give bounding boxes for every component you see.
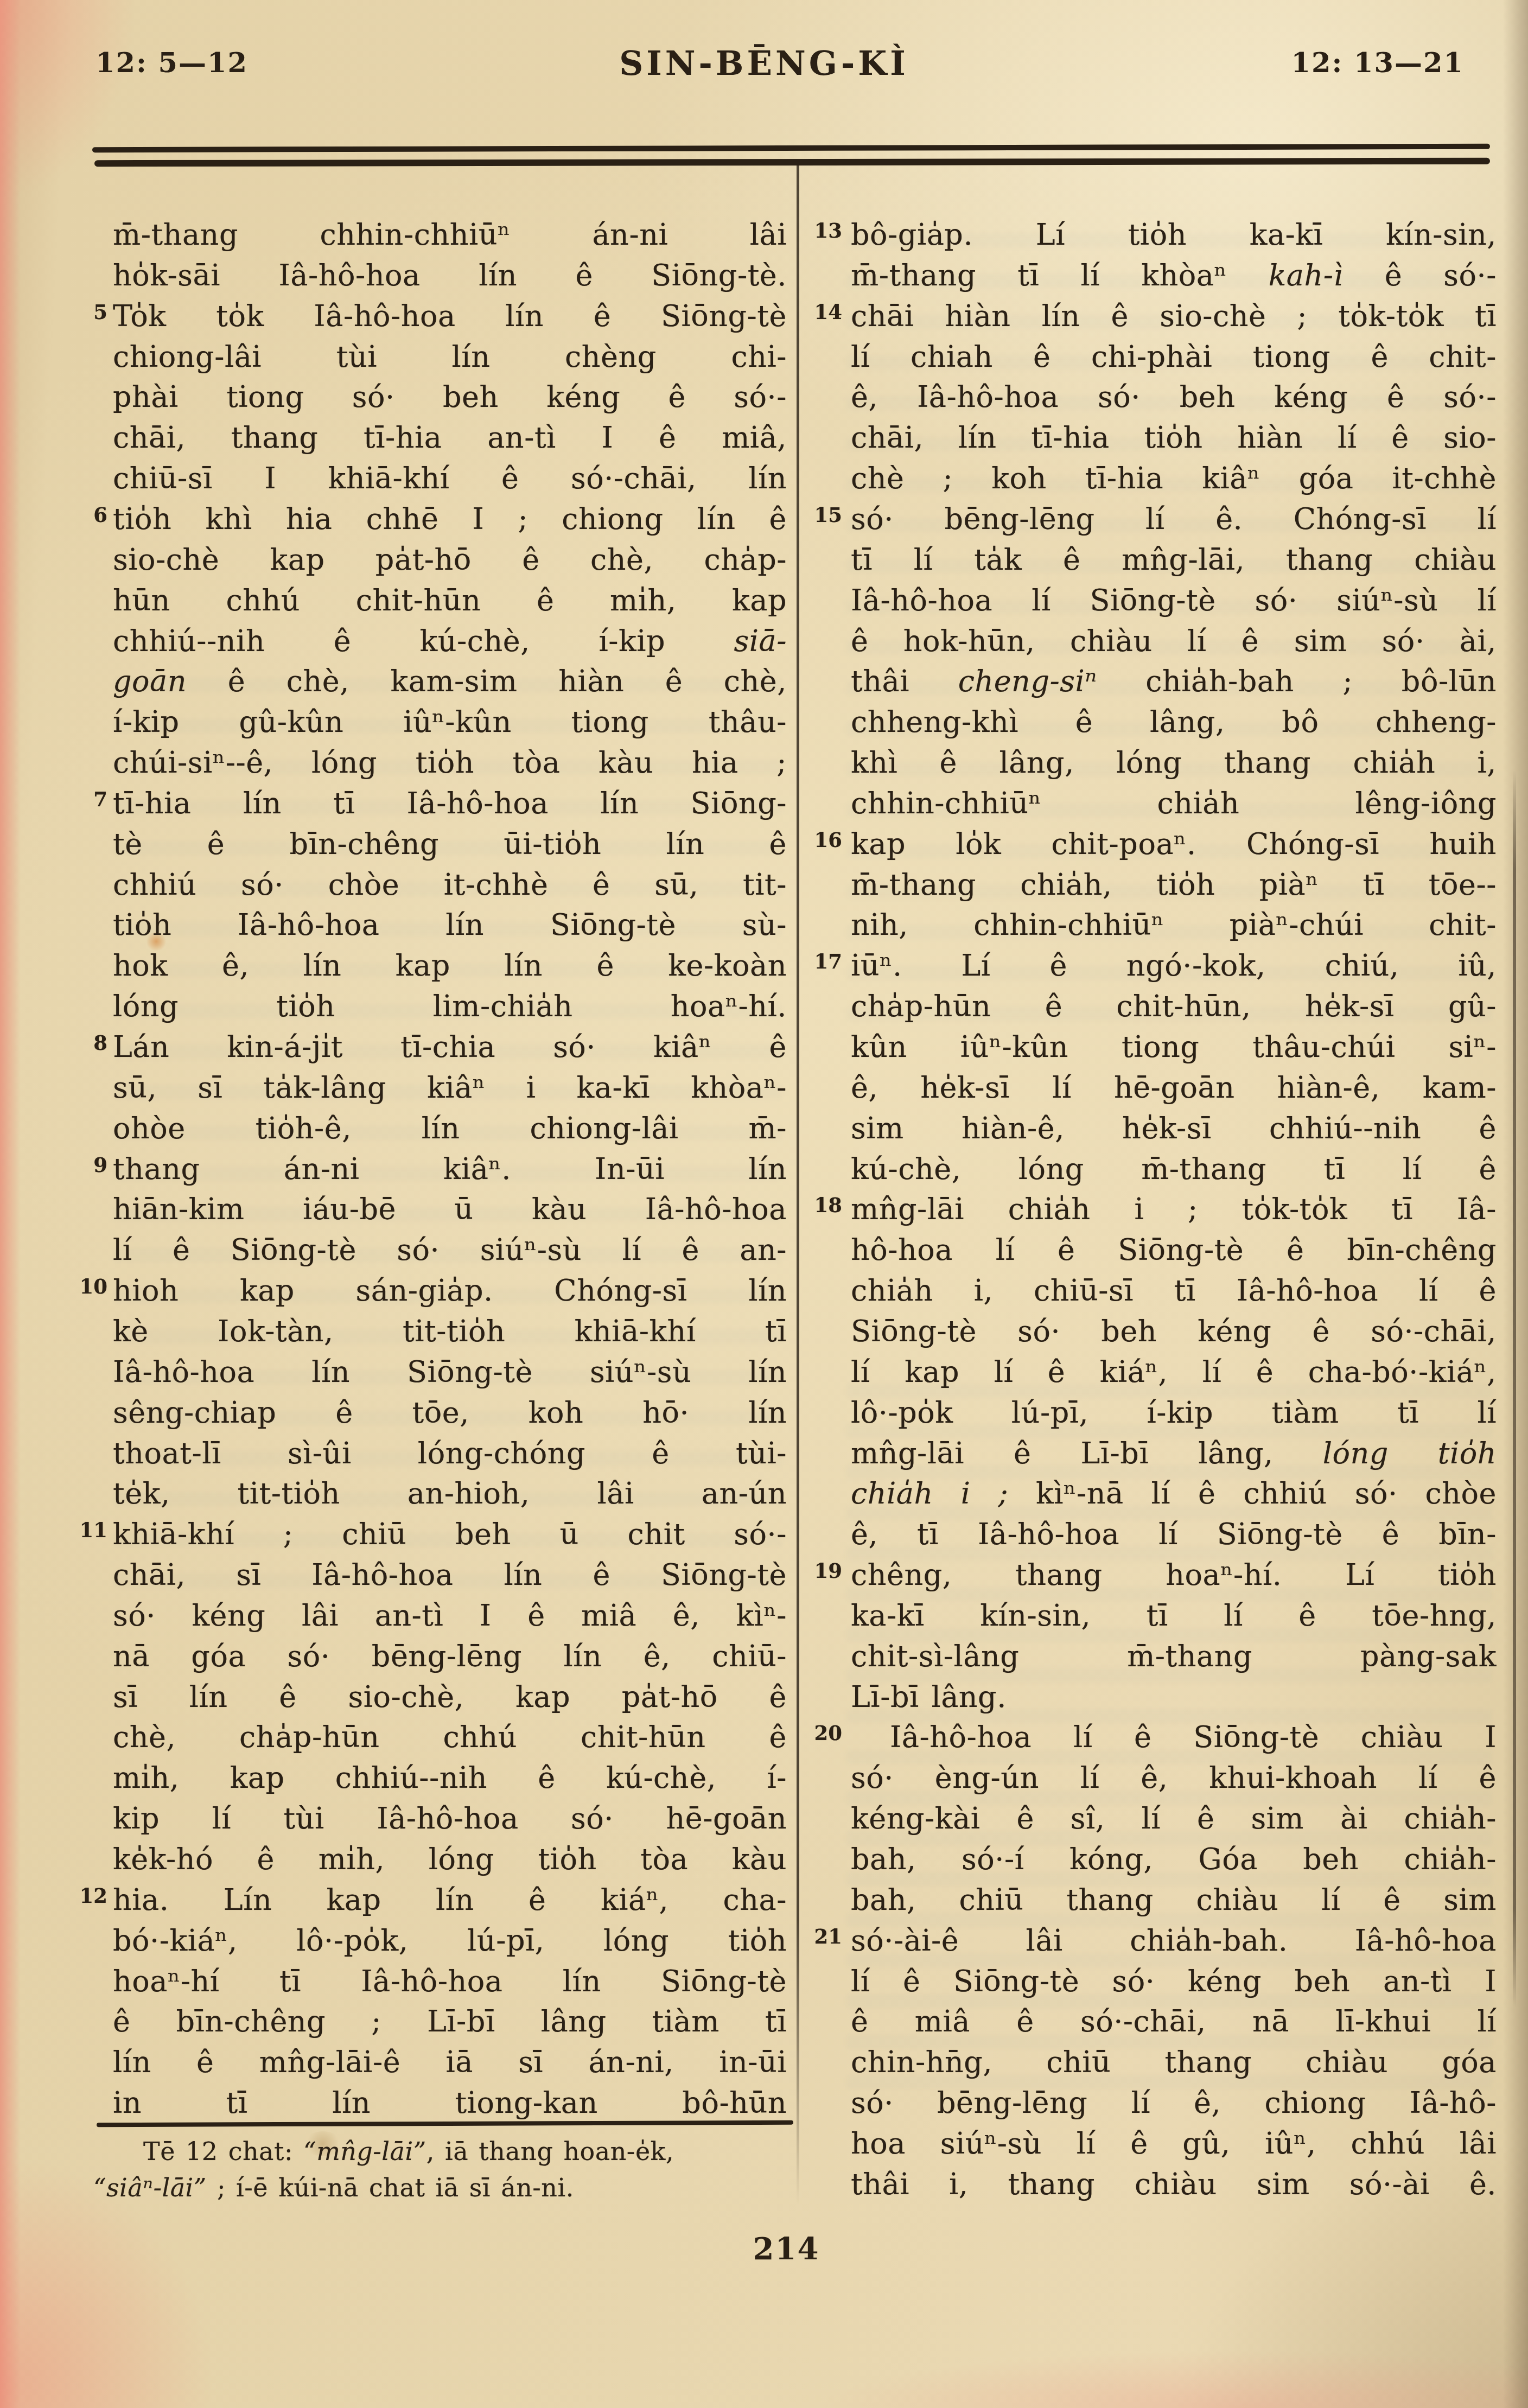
text-segment: chúi-siⁿ--ê, lóng tio̍h tòa kàu hia ; xyxy=(113,746,787,780)
verse-line-text: chè, cha̍p-hūn chhú chit-hūn ê xyxy=(113,1717,787,1757)
text-segment: chêng, thang hoaⁿ-hí. Lí tio̍h xyxy=(851,1558,1497,1592)
verse-line-text: lô·-po̍k lú-pī, í-kip tiàm tī lí xyxy=(851,1392,1497,1433)
verse-line: só· kéng lâi an-tì I ê miâ ê, kìⁿ- xyxy=(113,1595,787,1636)
verse-line-text: chè ; koh tī-hia kiâⁿ góa it-chhè xyxy=(851,458,1497,499)
verse-line-text: bô-gia̍p. Lí tio̍h ka-kī kín-sin, xyxy=(851,214,1497,255)
verse-line-text: í-kip gû-kûn iûⁿ-kûn tiong thâu- xyxy=(113,702,787,742)
text-segment: tio̍h Iâ-hô-hoa lín Siōng-tè sù- xyxy=(113,908,787,942)
verse-line: sū, sī ta̍k-lâng kiâⁿ i ka-kī khòaⁿ- xyxy=(113,1067,787,1108)
verse-number: 17 xyxy=(801,945,842,978)
text-segment: khì ê lâng, lóng thang chia̍h i, xyxy=(851,746,1497,780)
verse-line: 15só· bēng-lēng lí ê. Chóng-sī lí xyxy=(851,499,1497,539)
italic-text-segment: lóng tio̍h xyxy=(1323,1436,1497,1470)
text-segment: Siōng-tè só· beh kéng ê só·-chāi, xyxy=(851,1314,1497,1348)
verse-line: sī lín ê sio-chè, kap pa̍t-hō ê xyxy=(113,1677,787,1717)
verse-line-text: chhin-chhiūⁿ chia̍h lêng-iông xyxy=(851,783,1497,824)
verse-line: bó·-kiáⁿ, lô·-po̍k, lú-pī, lóng tio̍h xyxy=(113,1920,787,1961)
verse-line: chiong-lâi tùi lín chèng chi- xyxy=(113,336,787,377)
text-segment: m̄-thang chia̍h, tio̍h piàⁿ tī tōe-- xyxy=(851,868,1497,902)
verse-line: sio-chè kap pa̍t-hō ê chè, cha̍p- xyxy=(113,539,787,580)
verse-line-text: lí ê Siōng-tè só· kéng beh an-tì I xyxy=(851,1961,1497,2002)
text-segment: bó·-kiáⁿ, lô·-po̍k, lú-pī, lóng tio̍h xyxy=(113,1923,787,1958)
verse-line-text: iūⁿ. Lí ê ngó·-kok, chiú, iû, xyxy=(851,945,1497,986)
text-segment: mn̂g-lāi ê Lī-bī lâng, xyxy=(851,1436,1323,1470)
verse-line: bah, chiū thang chiàu lí ê sim xyxy=(851,1880,1497,1920)
italic-text-segment: chia̍h i ; xyxy=(851,1476,1008,1511)
text-segment: kip lí tùi Iâ-hô-hoa só· hē-goān xyxy=(113,1801,787,1836)
verse-line: 18mn̂g-lāi chia̍h i ; to̍k-to̍k tī Iâ- xyxy=(851,1189,1497,1230)
verse-line-text: chit-sì-lâng m̄-thang pàng-sak xyxy=(851,1636,1497,1677)
verse-line: tè ê bīn-chêng ūi-tio̍h lín ê xyxy=(113,824,787,864)
verse-line-text: só·-ài-ê lâi chia̍h-bah. Iâ-hô-hoa xyxy=(851,1920,1497,1961)
verse-line: 17iūⁿ. Lí ê ngó·-kok, chiú, iû, xyxy=(851,945,1497,986)
verse-line-text: thoat-lī sì-ûi lóng-chóng ê tùi- xyxy=(113,1433,787,1474)
page-corner-tint-top xyxy=(0,0,141,206)
text-segment: chhiú--nih ê kú-chè, í-kip xyxy=(113,624,734,658)
text-segment: chāi, sī Iâ-hô-hoa lín ê Siōng-tè xyxy=(113,1558,787,1592)
verse-line: sim hiàn-ê, he̍k-sī chhiú--nih ê xyxy=(851,1108,1497,1149)
verse-line: tio̍h Iâ-hô-hoa lín Siōng-tè sù- xyxy=(113,904,787,945)
verse-line-text: hia. Lín kap lín ê kiáⁿ, cha- xyxy=(113,1880,787,1920)
text-segment: lí chiah ê chi-phài tiong ê chit- xyxy=(851,340,1497,374)
verse-line-text: sio-chè kap pa̍t-hō ê chè, cha̍p- xyxy=(113,539,787,580)
verse-line: ê bīn-chêng ; Lī-bī lâng tiàm tī xyxy=(113,2001,787,2042)
verse-line-text: ê, tī Iâ-hô-hoa lí Siōng-tè ê bīn- xyxy=(851,1514,1497,1555)
header-rule-top xyxy=(92,144,1490,152)
verse-line: chāi, sī Iâ-hô-hoa lín ê Siōng-tè xyxy=(113,1555,787,1595)
verse-line-text: thang án-ni kiâⁿ. In-ūi lín xyxy=(113,1149,787,1189)
footnote-line: Tē 12 chat: “mn̂g-lāi”, iā thang hoan-e̍… xyxy=(93,2133,795,2170)
verse-line-text: bah, só·-í kóng, Góa beh chia̍h- xyxy=(851,1839,1497,1880)
verse-line: 12hia. Lín kap lín ê kiáⁿ, cha- xyxy=(113,1880,787,1920)
verse-line-text: só· bēng-lēng lí ê, chiong Iâ-hô- xyxy=(851,2082,1497,2123)
verse-line-text: bah, chiū thang chiàu lí ê sim xyxy=(851,1880,1497,1920)
verse-line-text: chheng-khì ê lâng, bô chheng- xyxy=(851,702,1497,742)
text-segment: ; í-ē kúi-nā chat iā sī án-ni. xyxy=(207,2173,574,2202)
verse-line-text: ke̍k-hó ê mi̍h, lóng tio̍h tòa kàu xyxy=(113,1839,787,1880)
text-segment: sū, sī ta̍k-lâng kiâⁿ i ka-kī khòaⁿ- xyxy=(113,1071,787,1105)
verse-line: thoat-lī sì-ûi lóng-chóng ê tùi- xyxy=(113,1433,787,1474)
italic-text-segment: kah-ì xyxy=(1269,258,1344,292)
verse-line-text: kûn iûⁿ-kûn tiong thâu-chúi siⁿ- xyxy=(851,1027,1497,1067)
text-segment: mi̍h, kap chhiú--nih ê kú-chè, í- xyxy=(113,1761,787,1795)
verse-line-text: ê miâ ê só·-chāi, nā lī-khui lí xyxy=(851,2001,1497,2042)
text-segment: hoaⁿ-hí tī Iâ-hô-hoa lín Siōng-tè xyxy=(113,1964,787,1998)
text-segment: tī lí ta̍k ê mn̂g-lāi, thang chiàu xyxy=(851,543,1497,577)
verse-line-text: m̄-thang chia̍h, tio̍h piàⁿ tī tōe-- xyxy=(851,864,1497,905)
verse-number: 15 xyxy=(801,499,842,531)
text-segment: tè ê bīn-chêng ūi-tio̍h lín ê xyxy=(113,827,787,861)
verse-line: só· bēng-lēng lí ê, chiong Iâ-hô- xyxy=(851,2082,1497,2123)
verse-line: hūn chhú chit-hūn ê mi̍h, kap xyxy=(113,580,787,621)
verse-line-text: hoaⁿ-hí tī Iâ-hô-hoa lín Siōng-tè xyxy=(113,1961,787,2002)
text-segment: chhin-chhiūⁿ chia̍h lêng-iông xyxy=(851,786,1497,820)
verse-line-text: chia̍h i ; kìⁿ-nā lí ê chhiú só· chòe xyxy=(851,1473,1497,1514)
verse-line: hô-hoa lí ê Siōng-tè ê bīn-chêng xyxy=(851,1230,1497,1270)
text-segment: chheng-khì ê lâng, bô chheng- xyxy=(851,705,1497,739)
text-segment: sio-chè kap pa̍t-hō ê chè, cha̍p- xyxy=(113,543,787,577)
verse-line-text: sêng-chiap ê tōe, koh hō· lín xyxy=(113,1392,787,1433)
scanned-book-page: 12: 5—12 SIN-BĒNG-KÌ 12: 13—21 m̄-thang … xyxy=(0,0,1528,2408)
text-segment: lóng tio̍h lim-chia̍h hoaⁿ-hí. xyxy=(113,989,787,1023)
verse-line-text: tī lí ta̍k ê mn̂g-lāi, thang chiàu xyxy=(851,539,1497,580)
verse-line-text: hioh kap sán-gia̍p. Chóng-sī lín xyxy=(113,1270,787,1311)
italic-text-segment: “mn̂g-lāi” xyxy=(303,2137,426,2166)
text-segment: ke̍k-hó ê mi̍h, lóng tio̍h tòa kàu xyxy=(113,1842,787,1876)
text-segment: ê, Iâ-hô-hoa só· beh kéng ê só·- xyxy=(851,380,1497,414)
verse-line-text: tè ê bīn-chêng ūi-tio̍h lín ê xyxy=(113,824,787,864)
verse-number: 8 xyxy=(78,1027,107,1059)
verse-line: Lī-bī lâng. xyxy=(851,1677,1497,1717)
verse-line: ka-kī kín-sin, tī lí ê tōe-hng, xyxy=(851,1595,1497,1636)
verse-line-text: chāi, sī Iâ-hô-hoa lín ê Siōng-tè xyxy=(113,1555,787,1595)
text-segment: bah, chiū thang chiàu lí ê sim xyxy=(851,1883,1497,1917)
text-segment: ê hok-hūn, chiàu lí ê sim só· ài, xyxy=(851,624,1497,658)
text-segment: chia̍h-bah ; bô-lūn xyxy=(1097,664,1497,698)
verse-line: lí ê Siōng-tè só· siúⁿ-sù lí ê an- xyxy=(113,1230,787,1270)
verse-number: 21 xyxy=(801,1920,842,1953)
text-segment: chhiú só· chòe it-chhè ê sū, tit- xyxy=(113,868,787,902)
verse-number: 16 xyxy=(801,824,842,856)
text-segment: ê, tī Iâ-hô-hoa lí Siōng-tè ê bīn- xyxy=(851,1517,1497,1551)
italic-text-segment: cheng-siⁿ xyxy=(958,664,1097,698)
footnote-line-text: Tē 12 chat: “mn̂g-lāi”, iā thang hoan-e̍… xyxy=(93,2133,795,2170)
verse-line-text: ê bīn-chêng ; Lī-bī lâng tiàm tī xyxy=(113,2001,787,2042)
verse-line: 6tio̍h khì hia chhē I ; chiong lín ê xyxy=(113,499,787,539)
text-segment: nā góa só· bēng-lēng lín ê, chiū- xyxy=(113,1639,787,1673)
page-number: 214 xyxy=(718,2231,854,2267)
text-segment: ê bīn-chêng ; Lī-bī lâng tiàm tī xyxy=(113,2004,787,2038)
verse-line: ê, tī Iâ-hô-hoa lí Siōng-tè ê bīn- xyxy=(851,1514,1497,1555)
verse-line: 20Iâ-hô-hoa lí ê Siōng-tè chiàu I xyxy=(851,1717,1497,1757)
verse-line-text: só· bēng-lēng lí ê. Chóng-sī lí xyxy=(851,499,1497,539)
verse-line: hoa siúⁿ-sù lí ê gû, iûⁿ, chhú lâi xyxy=(851,2123,1497,2164)
verse-line-text: hok ê, lín kap lín ê ke-koàn xyxy=(113,945,787,986)
verse-line-text: chêng, thang hoaⁿ-hí. Lí tio̍h xyxy=(851,1555,1497,1595)
verse-line: kú-chè, lóng m̄-thang tī lí ê xyxy=(851,1149,1497,1189)
text-segment: Iâ-hô-hoa lín Siōng-tè siúⁿ-sù lín xyxy=(113,1355,787,1389)
verse-number: 12 xyxy=(78,1880,107,1912)
verse-line-text: lí kap lí ê kiáⁿ, lí ê cha-bó·-kiáⁿ, xyxy=(851,1352,1497,1392)
verse-line: kûn iûⁿ-kûn tiong thâu-chúi siⁿ- xyxy=(851,1027,1497,1067)
verse-line: chè ; koh tī-hia kiâⁿ góa it-chhè xyxy=(851,458,1497,499)
verse-line-text: kap lo̍k chit-poaⁿ. Chóng-sī huih xyxy=(851,824,1497,864)
verse-line: m̄-thang tī lí khòaⁿ kah-ì ê só·- xyxy=(851,255,1497,296)
verse-line-text: te̍k, tit-tio̍h an-hioh, lâi an-ún xyxy=(113,1473,787,1514)
verse-line-text: chhiú só· chòe it-chhè ê sū, tit- xyxy=(113,864,787,905)
verse-line: 7tī-hia lín tī Iâ-hô-hoa lín Siōng- xyxy=(113,783,787,824)
text-segment: ê, he̍k-sī lí hē-goān hiàn-ê, kam- xyxy=(851,1071,1497,1105)
verse-line: lí kap lí ê kiáⁿ, lí ê cha-bó·-kiáⁿ, xyxy=(851,1352,1497,1392)
verse-line-text: khiā-khí ; chiū beh ū chit só·- xyxy=(113,1514,787,1555)
text-segment: Iâ-hô-hoa lí Siōng-tè só· siúⁿ-sù lí xyxy=(851,583,1497,617)
text-segment: bô-gia̍p. Lí tio̍h ka-kī kín-sin, xyxy=(851,218,1497,252)
text-segment: lí ê Siōng-tè só· kéng beh an-tì I xyxy=(851,1964,1497,1998)
verse-line-text: sū, sī ta̍k-lâng kiâⁿ i ka-kī khòaⁿ- xyxy=(113,1067,787,1108)
text-segment: khiā-khí ; chiū beh ū chit só·- xyxy=(113,1517,787,1551)
text-segment: sim hiàn-ê, he̍k-sī chhiú--nih ê xyxy=(851,1111,1497,1145)
text-segment: in tī lín tiong-kan bô-hūn xyxy=(113,2086,787,2120)
verse-line: lóng tio̍h lim-chia̍h hoaⁿ-hí. xyxy=(113,986,787,1027)
verse-line-text: Lán kin-á-ji̍t tī-chia só· kiâⁿ ê xyxy=(113,1027,787,1067)
verse-line: chia̍h i ; kìⁿ-nā lí ê chhiú só· chòe xyxy=(851,1473,1497,1514)
verse-line: sêng-chiap ê tōe, koh hō· lín xyxy=(113,1392,787,1433)
verse-line-text: chiong-lâi tùi lín chèng chi- xyxy=(113,336,787,377)
text-segment: thâi xyxy=(851,664,958,698)
verse-line: lô·-po̍k lú-pī, í-kip tiàm tī lí xyxy=(851,1392,1497,1433)
verse-line: te̍k, tit-tio̍h an-hioh, lâi an-ún xyxy=(113,1473,787,1514)
verse-line: 11khiā-khí ; chiū beh ū chit só·- xyxy=(113,1514,787,1555)
verse-line-text: Iâ-hô-hoa lí ê Siōng-tè chiàu I xyxy=(851,1717,1497,1757)
verse-line-text: thâi cheng-siⁿ chia̍h-bah ; bô-lūn xyxy=(851,661,1497,702)
verse-line: chè, cha̍p-hūn chhú chit-hūn ê xyxy=(113,1717,787,1757)
verse-number: 11 xyxy=(78,1514,107,1546)
verse-line: kéng-kài ê sî, lí ê sim ài chia̍h- xyxy=(851,1798,1497,1839)
text-segment: só· bēng-lēng lí ê, chiong Iâ-hô- xyxy=(851,2086,1497,2120)
verse-line-text: hūn chhú chit-hūn ê mi̍h, kap xyxy=(113,580,787,621)
text-segment: kìⁿ-nā lí ê chhiú só· chòe xyxy=(1008,1476,1497,1511)
verse-line-text: Siōng-tè só· beh kéng ê só·-chāi, xyxy=(851,1311,1497,1352)
text-segment: chāi hiàn lín ê sio-chè ; to̍k-to̍k tī xyxy=(851,299,1497,333)
verse-line: Iâ-hô-hoa lí Siōng-tè só· siúⁿ-sù lí xyxy=(851,580,1497,621)
verse-line-text: thâi i, thang chiàu sim só·-ài ê. xyxy=(851,2164,1497,2205)
verse-number: 19 xyxy=(801,1555,842,1587)
text-segment: lô·-po̍k lú-pī, í-kip tiàm tī lí xyxy=(851,1396,1497,1430)
text-segment: iūⁿ. Lí ê ngó·-kok, chiú, iû, xyxy=(851,948,1497,983)
italic-text-segment: goān xyxy=(113,664,187,698)
verse-line-text: lí chiah ê chi-phài tiong ê chit- xyxy=(851,336,1497,377)
text-segment: lí ê Siōng-tè só· siúⁿ-sù lí ê an- xyxy=(113,1233,787,1267)
text-segment: Lán kin-á-ji̍t tī-chia só· kiâⁿ ê xyxy=(113,1030,787,1064)
verse-line: ê, Iâ-hô-hoa só· beh kéng ê só·- xyxy=(851,377,1497,417)
verse-line-text: mn̂g-lāi ê Lī-bī lâng, lóng tio̍h xyxy=(851,1433,1497,1474)
verse-line-text: Iâ-hô-hoa lí Siōng-tè só· siúⁿ-sù lí xyxy=(851,580,1497,621)
verse-line: ê hok-hūn, chiàu lí ê sim só· ài, xyxy=(851,621,1497,661)
verse-line: ke̍k-hó ê mi̍h, lóng tio̍h tòa kàu xyxy=(113,1839,787,1880)
text-segment: To̍k to̍k Iâ-hô-hoa lín ê Siōng-tè xyxy=(113,299,787,333)
verse-line-text: chhiú--nih ê kú-chè, í-kip siā- xyxy=(113,621,787,661)
text-segment: chè ; koh tī-hia kiâⁿ góa it-chhè xyxy=(851,461,1497,495)
verse-line-text: hô-hoa lí ê Siōng-tè ê bīn-chêng xyxy=(851,1230,1497,1270)
text-segment: kûn iûⁿ-kûn tiong thâu-chúi siⁿ- xyxy=(851,1030,1497,1064)
text-segment: ohòe tio̍h-ê, lín chiong-lâi m̄- xyxy=(113,1111,787,1145)
text-segment: chè, cha̍p-hūn chhú chit-hūn ê xyxy=(113,1720,787,1754)
verse-line: mi̍h, kap chhiú--nih ê kú-chè, í- xyxy=(113,1757,787,1798)
verse-line: 13bô-gia̍p. Lí tio̍h ka-kī kín-sin, xyxy=(851,214,1497,255)
verse-line: phài tiong só· beh kéng ê só·- xyxy=(113,377,787,417)
verse-line: m̄-thang chhin-chhiūⁿ án-ni lâi xyxy=(113,214,787,255)
verse-line-text: lí ê Siōng-tè só· siúⁿ-sù lí ê an- xyxy=(113,1230,787,1270)
verse-line: nih, chhin-chhiūⁿ piàⁿ-chúi chit- xyxy=(851,904,1497,945)
text-segment: sêng-chiap ê tōe, koh hō· lín xyxy=(113,1396,787,1430)
text-segment: kè Iok-tàn, tit-tio̍h khiā-khí tī xyxy=(113,1314,787,1348)
verse-line-text: mi̍h, kap chhiú--nih ê kú-chè, í- xyxy=(113,1757,787,1798)
verse-line-text: m̄-thang tī lí khòaⁿ kah-ì ê só·- xyxy=(851,255,1497,296)
text-segment: tī-hia lín tī Iâ-hô-hoa lín Siōng- xyxy=(113,786,787,820)
verse-line: 9thang án-ni kiâⁿ. In-ūi lín xyxy=(113,1149,787,1189)
verse-line: chiū-sī I khiā-khí ê só·-chāi, lín xyxy=(113,458,787,499)
verse-line: bah, só·-í kóng, Góa beh chia̍h- xyxy=(851,1839,1497,1880)
verse-line: í-kip gû-kûn iûⁿ-kûn tiong thâu- xyxy=(113,702,787,742)
text-segment: só·-ài-ê lâi chia̍h-bah. Iâ-hô-hoa xyxy=(851,1923,1497,1958)
verse-line-text: chāi, thang tī-hia an-tì I ê miâ, xyxy=(113,417,787,458)
verse-line-text: chúi-siⁿ--ê, lóng tio̍h tòa kàu hia ; xyxy=(113,742,787,783)
verse-line: 10hioh kap sán-gia̍p. Chóng-sī lín xyxy=(113,1270,787,1311)
verse-line: in tī lín tiong-kan bô-hūn xyxy=(113,2082,787,2123)
verse-line: chia̍h i, chiū-sī tī Iâ-hô-hoa lí ê xyxy=(851,1270,1497,1311)
verse-line-text: nih, chhin-chhiūⁿ piàⁿ-chúi chit- xyxy=(851,904,1497,945)
verse-line: chāi, lín tī-hia tio̍h hiàn lí ê sio- xyxy=(851,417,1497,458)
verse-line: chin-hn̄g, chiū thang chiàu góa xyxy=(851,2042,1497,2082)
verse-line: Iâ-hô-hoa lín Siōng-tè siúⁿ-sù lín xyxy=(113,1352,787,1392)
verse-line: mn̂g-lāi ê Lī-bī lâng, lóng tio̍h xyxy=(851,1433,1497,1474)
verse-line-text: ê hok-hūn, chiàu lí ê sim só· ài, xyxy=(851,621,1497,661)
text-segment: chāi, lín tī-hia tio̍h hiàn lí ê sio- xyxy=(851,421,1497,455)
verse-line-text: kú-chè, lóng m̄-thang tī lí ê xyxy=(851,1149,1497,1189)
verse-line-text: Iâ-hô-hoa lín Siōng-tè siúⁿ-sù lín xyxy=(113,1352,787,1392)
text-segment: te̍k, tit-tio̍h an-hioh, lâi an-ún xyxy=(113,1476,787,1511)
verse-line: 14chāi hiàn lín ê sio-chè ; to̍k-to̍k tī xyxy=(851,296,1497,336)
page-edge-line xyxy=(1513,770,1516,2008)
verse-line: ê, he̍k-sī lí hē-goān hiàn-ê, kam- xyxy=(851,1067,1497,1108)
text-segment: hūn chhú chit-hūn ê mi̍h, kap xyxy=(113,583,787,617)
verse-line: chit-sì-lâng m̄-thang pàng-sak xyxy=(851,1636,1497,1677)
text-segment: phài tiong só· beh kéng ê só·- xyxy=(113,380,787,414)
text-segment: thang án-ni kiâⁿ. In-ūi lín xyxy=(113,1152,787,1186)
text-segment: chia̍h i, chiū-sī tī Iâ-hô-hoa lí ê xyxy=(851,1273,1497,1308)
verse-line: chhin-chhiūⁿ chia̍h lêng-iông xyxy=(851,783,1497,824)
verse-line: hok ê, lín kap lín ê ke-koàn xyxy=(113,945,787,986)
text-segment: tio̍h khì hia chhē I ; chiong lín ê xyxy=(113,502,787,536)
verse-line-text: ka-kī kín-sin, tī lí ê tōe-hng, xyxy=(851,1595,1497,1636)
text-segment: lín ê mn̂g-lāi-ê iā sī án-ni, in-ūi xyxy=(113,2045,787,2079)
verse-line-text: cha̍p-hūn ê chit-hūn, he̍k-sī gû- xyxy=(851,986,1497,1027)
page-right-shadow xyxy=(1503,0,1528,2408)
verse-line: Siōng-tè só· beh kéng ê só·-chāi, xyxy=(851,1311,1497,1352)
text-segment: , iā thang hoan-e̍k, xyxy=(426,2137,674,2166)
text-segment: ê chè, kam-sim hiàn ê chè, xyxy=(187,664,787,698)
verse-line: chheng-khì ê lâng, bô chheng- xyxy=(851,702,1497,742)
header-rule-bottom xyxy=(94,158,1490,167)
verse-line-text: ê, he̍k-sī lí hē-goān hiàn-ê, kam- xyxy=(851,1067,1497,1108)
text-segment: thâi i, thang chiàu sim só·-ài ê. xyxy=(851,2167,1497,2201)
text-segment: ka-kī kín-sin, tī lí ê tōe-hng, xyxy=(851,1598,1497,1633)
verse-line-text: chiū-sī I khiā-khí ê só·-chāi, lín xyxy=(113,458,787,499)
footnote-line: “siâⁿ-lāi” ; í-ē kúi-nā chat iā sī án-ni… xyxy=(93,2170,795,2206)
text-segment: nih, chhin-chhiūⁿ piàⁿ-chúi chit- xyxy=(851,908,1497,942)
verse-line-text: lín ê mn̂g-lāi-ê iā sī án-ni, in-ūi xyxy=(113,2042,787,2082)
verse-line-text: sī lín ê sio-chè, kap pa̍t-hō ê xyxy=(113,1677,787,1717)
verse-line-text: ê, Iâ-hô-hoa só· beh kéng ê só·- xyxy=(851,377,1497,417)
verse-line: cha̍p-hūn ê chit-hūn, he̍k-sī gû- xyxy=(851,986,1497,1027)
page-bottom-tint xyxy=(814,2349,1528,2408)
verse-line: 16kap lo̍k chit-poaⁿ. Chóng-sī huih xyxy=(851,824,1497,864)
verse-line: khì ê lâng, lóng thang chia̍h i, xyxy=(851,742,1497,783)
text-segment: chit-sì-lâng m̄-thang pàng-sak xyxy=(851,1639,1497,1673)
text-segment: ê só·- xyxy=(1343,258,1497,292)
verse-line: ho̍k-sāi Iâ-hô-hoa lín ê Siōng-tè. xyxy=(113,255,787,296)
text-segment: hô-hoa lí ê Siōng-tè ê bīn-chêng xyxy=(851,1233,1497,1267)
verse-line-text: chāi hiàn lín ê sio-chè ; to̍k-to̍k tī xyxy=(851,296,1497,336)
verse-number: 10 xyxy=(78,1270,107,1303)
verse-line-text: hiān-kim iáu-bē ū kàu Iâ-hô-hoa xyxy=(113,1189,787,1230)
text-segment: só· kéng lâi an-tì I ê miâ ê, kìⁿ- xyxy=(113,1598,787,1633)
verse-line: goān ê chè, kam-sim hiàn ê chè, xyxy=(113,661,787,702)
verse-line: hiān-kim iáu-bē ū kàu Iâ-hô-hoa xyxy=(113,1189,787,1230)
text-segment: chiong-lâi tùi lín chèng chi- xyxy=(113,340,787,374)
verse-line-text: m̄-thang chhin-chhiūⁿ án-ni lâi xyxy=(113,214,787,255)
text-segment: só· èng-ún lí ê, khui-khoah lí ê xyxy=(851,1761,1497,1795)
text-segment: kú-chè, lóng m̄-thang tī lí ê xyxy=(851,1152,1497,1186)
text-segment: cha̍p-hūn ê chit-hūn, he̍k-sī gû- xyxy=(851,989,1497,1023)
verse-line-text: hoa siúⁿ-sù lí ê gû, iûⁿ, chhú lâi xyxy=(851,2123,1497,2164)
text-segment: m̄-thang chhin-chhiūⁿ án-ni lâi xyxy=(113,218,787,252)
verse-number: 7 xyxy=(78,783,107,816)
text-segment: hia. Lín kap lín ê kiáⁿ, cha- xyxy=(113,1883,787,1917)
verse-line: tī lí ta̍k ê mn̂g-lāi, thang chiàu xyxy=(851,539,1497,580)
text-segment: mn̂g-lāi chia̍h i ; to̍k-to̍k tī Iâ- xyxy=(851,1192,1497,1226)
text-segment: chin-hn̄g, chiū thang chiàu góa xyxy=(851,2045,1497,2079)
verse-line-text: sim hiàn-ê, he̍k-sī chhiú--nih ê xyxy=(851,1108,1497,1149)
text-segment: kéng-kài ê sî, lí ê sim ài chia̍h- xyxy=(851,1801,1497,1836)
verse-line: m̄-thang chia̍h, tio̍h piàⁿ tī tōe-- xyxy=(851,864,1497,905)
text-segment: Tē 12 chat: xyxy=(143,2137,303,2166)
verse-line-text: To̍k to̍k Iâ-hô-hoa lín ê Siōng-tè xyxy=(113,296,787,336)
verse-line-text: Lī-bī lâng. xyxy=(851,1677,1497,1717)
verse-line-text: kéng-kài ê sî, lí ê sim ài chia̍h- xyxy=(851,1798,1497,1839)
text-segment: kap lo̍k chit-poaⁿ. Chóng-sī huih xyxy=(851,827,1497,861)
verse-line: thâi cheng-siⁿ chia̍h-bah ; bô-lūn xyxy=(851,661,1497,702)
text-segment: thoat-lī sì-ûi lóng-chóng ê tùi- xyxy=(113,1436,787,1470)
text-segment: hoa siúⁿ-sù lí ê gû, iûⁿ, chhú lâi xyxy=(851,2126,1497,2161)
verse-line-text: só· èng-ún lí ê, khui-khoah lí ê xyxy=(851,1757,1497,1798)
verse-line-text: khì ê lâng, lóng thang chia̍h i, xyxy=(851,742,1497,783)
verse-number: 5 xyxy=(78,296,107,328)
verse-line: thâi i, thang chiàu sim só·-ài ê. xyxy=(851,2164,1497,2205)
verse-line: só· èng-ún lí ê, khui-khoah lí ê xyxy=(851,1757,1497,1798)
verse-line: chúi-siⁿ--ê, lóng tio̍h tòa kàu hia ; xyxy=(113,742,787,783)
verse-line: hoaⁿ-hí tī Iâ-hô-hoa lín Siōng-tè xyxy=(113,1961,787,2002)
verse-line: 19chêng, thang hoaⁿ-hí. Lí tio̍h xyxy=(851,1555,1497,1595)
italic-text-segment: “siâⁿ-lāi” xyxy=(93,2173,207,2202)
verse-number: 6 xyxy=(78,499,107,531)
text-segment: hioh kap sán-gia̍p. Chóng-sī lín xyxy=(113,1273,787,1308)
verse-line-text: chin-hn̄g, chiū thang chiàu góa xyxy=(851,2042,1497,2082)
verse-number: 13 xyxy=(801,214,842,247)
running-head-right-reference: 12: 13—21 xyxy=(1291,47,1465,79)
verse-line-text: nā góa só· bēng-lēng lín ê, chiū- xyxy=(113,1636,787,1677)
verse-line-text: kip lí tùi Iâ-hô-hoa só· hē-goān xyxy=(113,1798,787,1839)
verse-line: nā góa só· bēng-lēng lín ê, chiū- xyxy=(113,1636,787,1677)
text-segment: Iâ-hô-hoa lí ê Siōng-tè chiàu I xyxy=(890,1720,1497,1754)
text-segment: ê miâ ê só·-chāi, nā lī-khui lí xyxy=(851,2004,1497,2038)
verse-number: 20 xyxy=(801,1717,842,1749)
verse-line-text: in tī lín tiong-kan bô-hūn xyxy=(113,2082,787,2123)
verse-line-text: mn̂g-lāi chia̍h i ; to̍k-to̍k tī Iâ- xyxy=(851,1189,1497,1230)
verse-line: kip lí tùi Iâ-hô-hoa só· hē-goān xyxy=(113,1798,787,1839)
verse-number: 14 xyxy=(801,296,842,328)
italic-text-segment: siā- xyxy=(734,624,787,658)
verse-line: chhiú--nih ê kú-chè, í-kip siā- xyxy=(113,621,787,661)
text-segment: Lī-bī lâng. xyxy=(851,1680,1007,1714)
text-segment: m̄-thang tī lí khòaⁿ xyxy=(851,258,1269,292)
verse-line: lí chiah ê chi-phài tiong ê chit- xyxy=(851,336,1497,377)
text-segment: chiū-sī I khiā-khí ê só·-chāi, lín xyxy=(113,461,787,495)
verse-line-text: bó·-kiáⁿ, lô·-po̍k, lú-pī, lóng tio̍h xyxy=(113,1920,787,1961)
verse-line: 21só·-ài-ê lâi chia̍h-bah. Iâ-hô-hoa xyxy=(851,1920,1497,1961)
verse-line: ê miâ ê só·-chāi, nā lī-khui lí xyxy=(851,2001,1497,2042)
text-segment: ho̍k-sāi Iâ-hô-hoa lín ê Siōng-tè. xyxy=(113,258,787,292)
